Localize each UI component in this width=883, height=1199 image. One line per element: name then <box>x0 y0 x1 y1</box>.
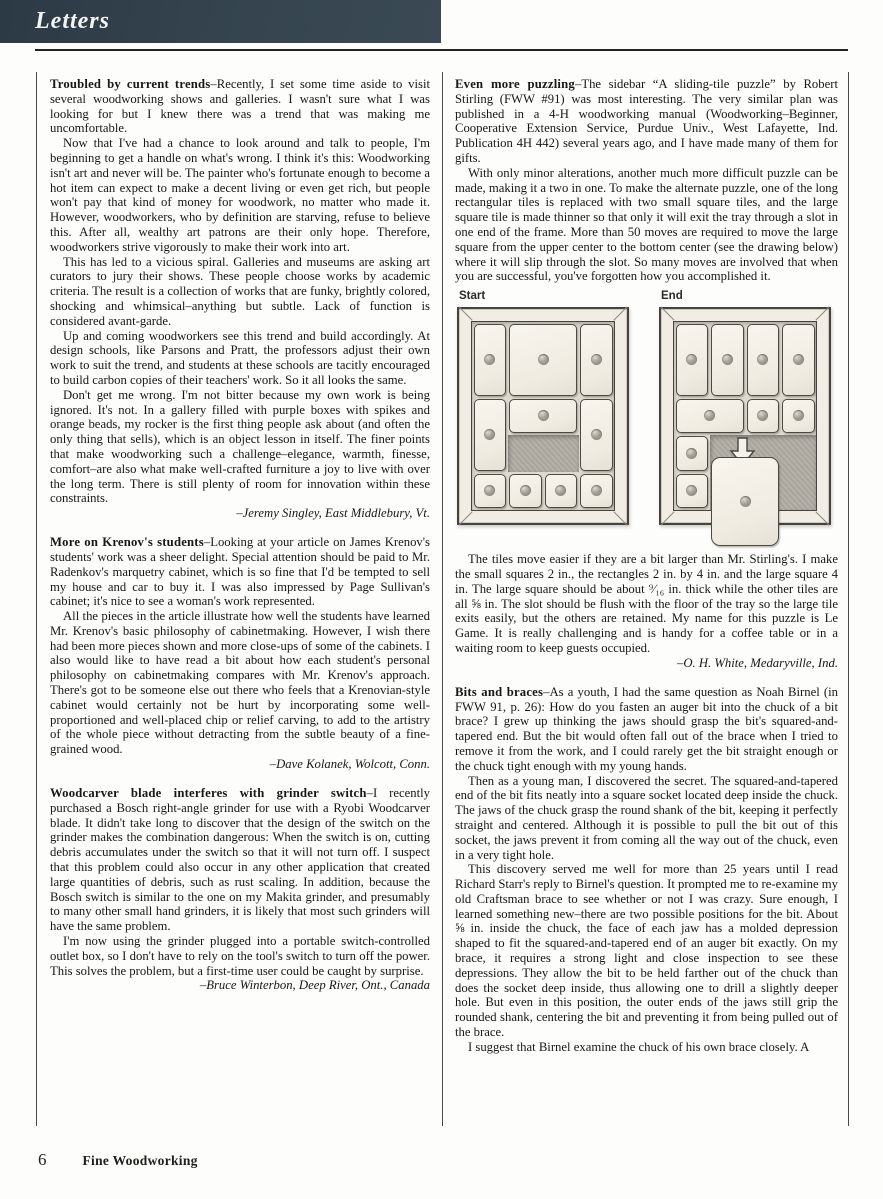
letter-title: Bits and braces <box>455 685 543 699</box>
puzzle-board-end <box>673 321 817 511</box>
letter-troubled-by-current-trends: Troubled by current trends–Recently, I s… <box>50 77 430 521</box>
letter-title: Woodcarver blade interferes with grinder… <box>50 786 367 800</box>
letter-signature: –Dave Kolanek, Wolcott, Conn. <box>50 757 430 772</box>
frame-miter <box>458 511 472 525</box>
header-bar: Letters <box>0 0 441 43</box>
puzzle-tile <box>474 324 507 396</box>
finger-hole <box>555 485 566 496</box>
puzzle-tile <box>747 324 780 396</box>
finger-hole <box>591 354 602 365</box>
letter-more-on-krenovs-students: More on Krenov's students–Looking at you… <box>50 535 430 772</box>
puzzle-tile <box>747 399 780 434</box>
puzzle-tile <box>580 399 613 471</box>
letter-signature: –Bruce Winterbon, Deep River, Ont., Cana… <box>50 978 430 993</box>
letter-title: Even more puzzling <box>455 77 575 91</box>
letter-even-more-puzzling: Even more puzzling–The sidebar “A slidin… <box>455 77 838 671</box>
puzzle-tile <box>782 324 815 396</box>
frame-miter <box>613 307 627 321</box>
finger-hole <box>686 448 697 459</box>
finger-hole <box>757 410 768 421</box>
finger-hole <box>538 410 549 421</box>
header-rule <box>35 49 848 51</box>
letter-lead-paragraph: Troubled by current trends–Recently, I s… <box>50 77 430 136</box>
finger-hole <box>757 354 768 365</box>
puzzle-frame-start <box>457 307 629 525</box>
puzzle-tile <box>509 324 577 396</box>
magazine-title: Fine Woodworking <box>83 1153 198 1169</box>
finger-hole <box>740 496 751 507</box>
letter-paragraph: –I recently purchased a Bosch right-angl… <box>50 786 430 933</box>
puzzle-board-start <box>471 321 615 511</box>
puzzle-tile <box>676 399 744 434</box>
columns: Troubled by current trends–Recently, I s… <box>36 72 849 1126</box>
letter-signature: –O. H. White, Medaryville, Ind. <box>455 656 838 671</box>
puzzle-tile <box>676 474 709 509</box>
finger-hole <box>686 354 697 365</box>
puzzle-exiting-tile <box>711 457 779 546</box>
finger-hole <box>704 410 715 421</box>
letter-paragraph: Don't get me wrong. I'm not bitter becau… <box>50 388 430 506</box>
finger-hole <box>484 485 495 496</box>
letter-paragraph: All the pieces in the article illustrate… <box>50 609 430 757</box>
finger-hole <box>793 354 804 365</box>
finger-hole <box>793 410 804 421</box>
frame-miter <box>660 307 674 321</box>
footer: 6 Fine Woodworking <box>38 1150 198 1170</box>
finger-hole <box>484 429 495 440</box>
letter-paragraph: The tiles move easier if they are a bit … <box>455 552 838 656</box>
finger-hole <box>520 485 531 496</box>
finger-hole <box>722 354 733 365</box>
letter-lead-paragraph: Even more puzzling–The sidebar “A slidin… <box>455 77 838 166</box>
letter-signature: –Jeremy Singley, East Middlebury, Vt. <box>50 506 430 521</box>
finger-hole <box>686 485 697 496</box>
puzzle-empty-space <box>508 435 579 473</box>
finger-hole <box>591 485 602 496</box>
page-title: Letters <box>35 8 110 35</box>
puzzle-tile <box>580 474 613 509</box>
puzzle-tile <box>545 474 578 509</box>
letter-paragraph: I suggest that Birnel examine the chuck … <box>455 1040 838 1055</box>
page-number: 6 <box>38 1150 47 1170</box>
letter-title: More on Krenov's students <box>50 535 204 549</box>
letter-paragraph: This discovery served me well for more t… <box>455 862 838 1040</box>
letter-lead-paragraph: Woodcarver blade interferes with grinder… <box>50 786 430 934</box>
puzzle-diagram: Start End <box>455 290 838 548</box>
puzzle-tile <box>676 436 709 471</box>
puzzle-tile <box>711 324 744 396</box>
figure-label-end: End <box>661 290 683 302</box>
figure-label-start: Start <box>459 290 485 302</box>
letter-lead-paragraph: More on Krenov's students–Looking at you… <box>50 535 430 609</box>
finger-hole <box>484 354 495 365</box>
frame-miter <box>815 307 829 321</box>
puzzle-tile <box>782 399 815 434</box>
puzzle-tile <box>580 324 613 396</box>
puzzle-tile <box>474 474 507 509</box>
letter-paragraph: Now that I've had a chance to look aroun… <box>50 136 430 254</box>
letter-title: Troubled by current trends <box>50 77 210 91</box>
frame-miter <box>660 511 674 525</box>
puzzle-tile <box>676 324 709 396</box>
letter-paragraph: This has led to a vicious spiral. Galler… <box>50 255 430 329</box>
magazine-page: Letters Troubled by current trends–Recen… <box>0 0 883 1199</box>
puzzle-frame-end <box>659 307 831 525</box>
letter-woodcarver-blade: Woodcarver blade interferes with grinder… <box>50 786 430 993</box>
puzzle-tile <box>509 474 542 509</box>
letter-paragraph: Up and coming woodworkers see this trend… <box>50 329 430 388</box>
column-right: Even more puzzling–The sidebar “A slidin… <box>442 72 848 1126</box>
frame-miter <box>458 307 472 321</box>
puzzle-tile <box>474 399 507 471</box>
letter-bits-and-braces: Bits and braces–As a youth, I had the sa… <box>455 685 838 1055</box>
letter-paragraph: With only minor alterations, another muc… <box>455 166 838 284</box>
letter-lead-paragraph: Bits and braces–As a youth, I had the sa… <box>455 685 838 774</box>
puzzle-tile <box>509 399 577 434</box>
frame-miter <box>613 511 627 525</box>
finger-hole <box>538 354 549 365</box>
finger-hole <box>591 429 602 440</box>
letter-paragraph: Then as a young man, I discovered the se… <box>455 774 838 863</box>
column-left: Troubled by current trends–Recently, I s… <box>37 72 442 1126</box>
letter-paragraph: I'm now using the grinder plugged into a… <box>50 934 430 978</box>
frame-miter <box>815 511 829 525</box>
